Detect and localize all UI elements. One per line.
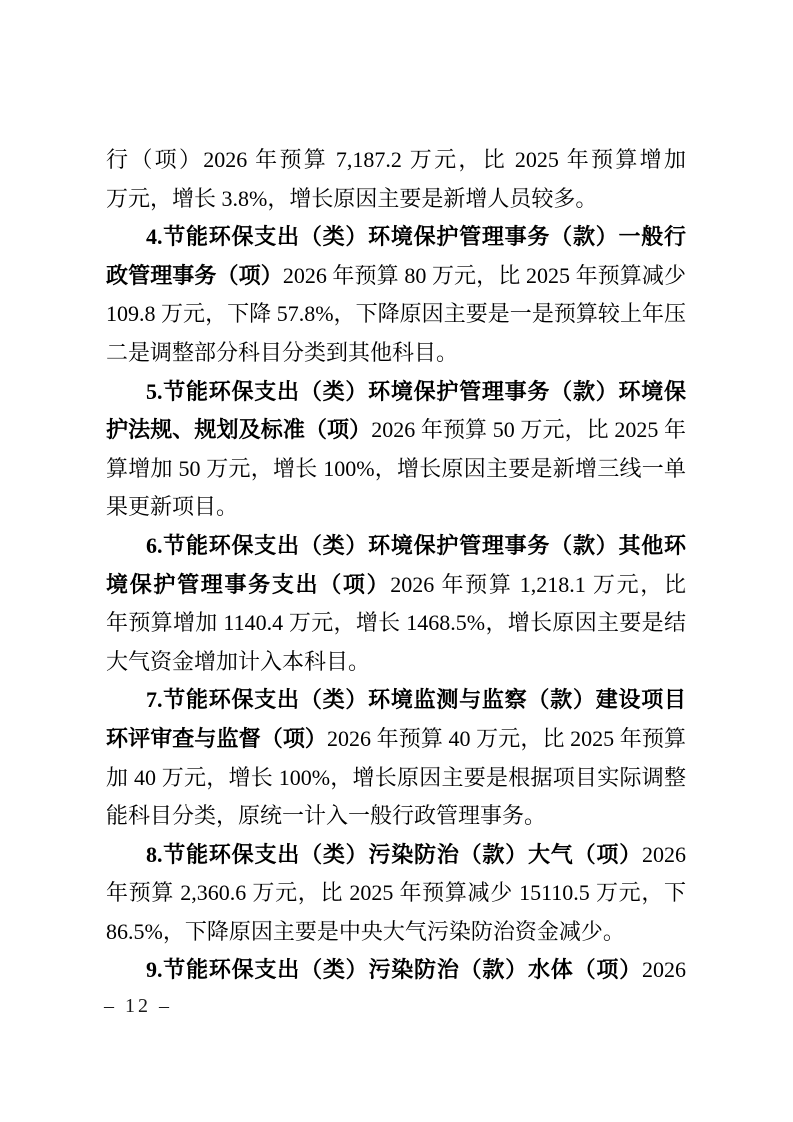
text-line: 年预算增加 1140.4 万元，增长 1468.5%，增长原因主要是结转 [106, 604, 686, 643]
text-segment: 年预算 2,360.6 万元，比 2025 年预算减少 15110.5 万元，下… [106, 880, 686, 913]
text-line: 4.节能环保支出（类）环境保护管理事务（款）一般行 [106, 218, 686, 257]
text-line: 8.节能环保支出（类）污染防治（款）大气（项）2026 [106, 836, 686, 875]
text-line: 7.节能环保支出（类）环境监测与监察（款）建设项目 [106, 681, 686, 720]
text-segment: 2026 [642, 842, 686, 867]
bold-text-segment: 5.节能环保支出（类）环境保护管理事务（款）环境保 [146, 379, 686, 404]
bold-text-segment: 8.节能环保支出（类）污染防治（款）大气（项） [146, 842, 642, 867]
text-segment: 行（项）2026 年预算 7,187.2 万元，比 2025 年预算增加 260… [106, 147, 686, 180]
bold-text-segment: 9.节能环保支出（类）污染防治（款）水体（项） [146, 957, 642, 982]
text-line: 加 40 万元，增长 100%，增长原因主要是根据项目实际调整功 [106, 759, 686, 798]
text-line: 二是调整部分科目分类到其他科目。 [106, 334, 686, 373]
text-segment: 万元，增长 3.8%，增长原因主要是新增人员较多。 [106, 186, 597, 211]
text-line: 能科目分类，原统一计入一般行政管理事务。 [106, 797, 686, 836]
text-line: 86.5%，下降原因主要是中央大气污染防治资金减少。 [106, 913, 686, 952]
text-line: 5.节能环保支出（类）环境保护管理事务（款）环境保 [106, 373, 686, 412]
bold-text-segment: 政管理事务（项） [106, 263, 283, 288]
page-number: – 12 – [104, 991, 172, 1021]
text-line: 政管理事务（项）2026 年预算 80 万元，比 2025 年预算减少 [106, 257, 686, 296]
text-line: 算增加 50 万元，增长 100%，增长原因主要是新增三线一单成 [106, 450, 686, 489]
text-line: 境保护管理事务支出（项）2026 年预算 1,218.1 万元，比 2025 [106, 566, 686, 605]
bold-text-segment: 7.节能环保支出（类）环境监测与监察（款）建设项目 [146, 687, 686, 712]
text-line: 109.8 万元，下降 57.8%，下降原因主要是一是预算较上年压减， [106, 295, 686, 334]
text-line: 万元，增长 3.8%，增长原因主要是新增人员较多。 [106, 180, 686, 219]
text-line: 果更新项目。 [106, 488, 686, 527]
bold-text-segment: 4.节能环保支出（类）环境保护管理事务（款）一般行 [146, 224, 686, 249]
bold-text-segment: 环评审查与监督（项） [106, 726, 327, 751]
text-segment: 算增加 50 万元，增长 100%，增长原因主要是新增三线一单成 [106, 456, 686, 489]
text-segment: 加 40 万元，增长 100%，增长原因主要是根据项目实际调整功 [106, 765, 686, 798]
text-segment: 二是调整部分科目分类到其他科目。 [106, 340, 458, 365]
text-segment: 2026 [642, 957, 686, 982]
bold-text-segment: 境保护管理事务支出（项） [106, 572, 390, 597]
document-text: 行（项）2026 年预算 7,187.2 万元，比 2025 年预算增加 260… [106, 141, 686, 990]
text-segment: 果更新项目。 [106, 494, 238, 519]
text-segment: 年预算增加 1140.4 万元，增长 1468.5%，增长原因主要是结转 [106, 610, 686, 643]
text-segment: 109.8 万元，下降 57.8%，下降原因主要是一是预算较上年压减， [106, 301, 686, 334]
text-line: 行（项）2026 年预算 7,187.2 万元，比 2025 年预算增加 260… [106, 141, 686, 180]
text-segment: 大气资金增加计入本科目。 [106, 649, 370, 674]
text-line: 9.节能环保支出（类）污染防治（款）水体（项）2026 [106, 951, 686, 990]
document-page: 行（项）2026 年预算 7,187.2 万元，比 2025 年预算增加 260… [0, 0, 793, 1122]
text-line: 年预算 2,360.6 万元，比 2025 年预算减少 15110.5 万元，下… [106, 874, 686, 913]
text-line: 大气资金增加计入本科目。 [106, 643, 686, 682]
text-segment: 2026 年预算 80 万元，比 2025 年预算减少 [283, 263, 686, 288]
text-line: 护法规、规划及标准（项）2026 年预算 50 万元，比 2025 年预 [106, 411, 686, 450]
bold-text-segment: 6.节能环保支出（类）环境保护管理事务（款）其他环 [146, 533, 686, 558]
text-line: 6.节能环保支出（类）环境保护管理事务（款）其他环 [106, 527, 686, 566]
text-segment: 86.5%，下降原因主要是中央大气污染防治资金减少。 [106, 919, 625, 944]
bold-text-segment: 护法规、规划及标准（项） [106, 417, 371, 442]
text-segment: 能科目分类，原统一计入一般行政管理事务。 [106, 803, 546, 828]
text-line: 环评审查与监督（项）2026 年预算 40 万元，比 2025 年预算增 [106, 720, 686, 759]
